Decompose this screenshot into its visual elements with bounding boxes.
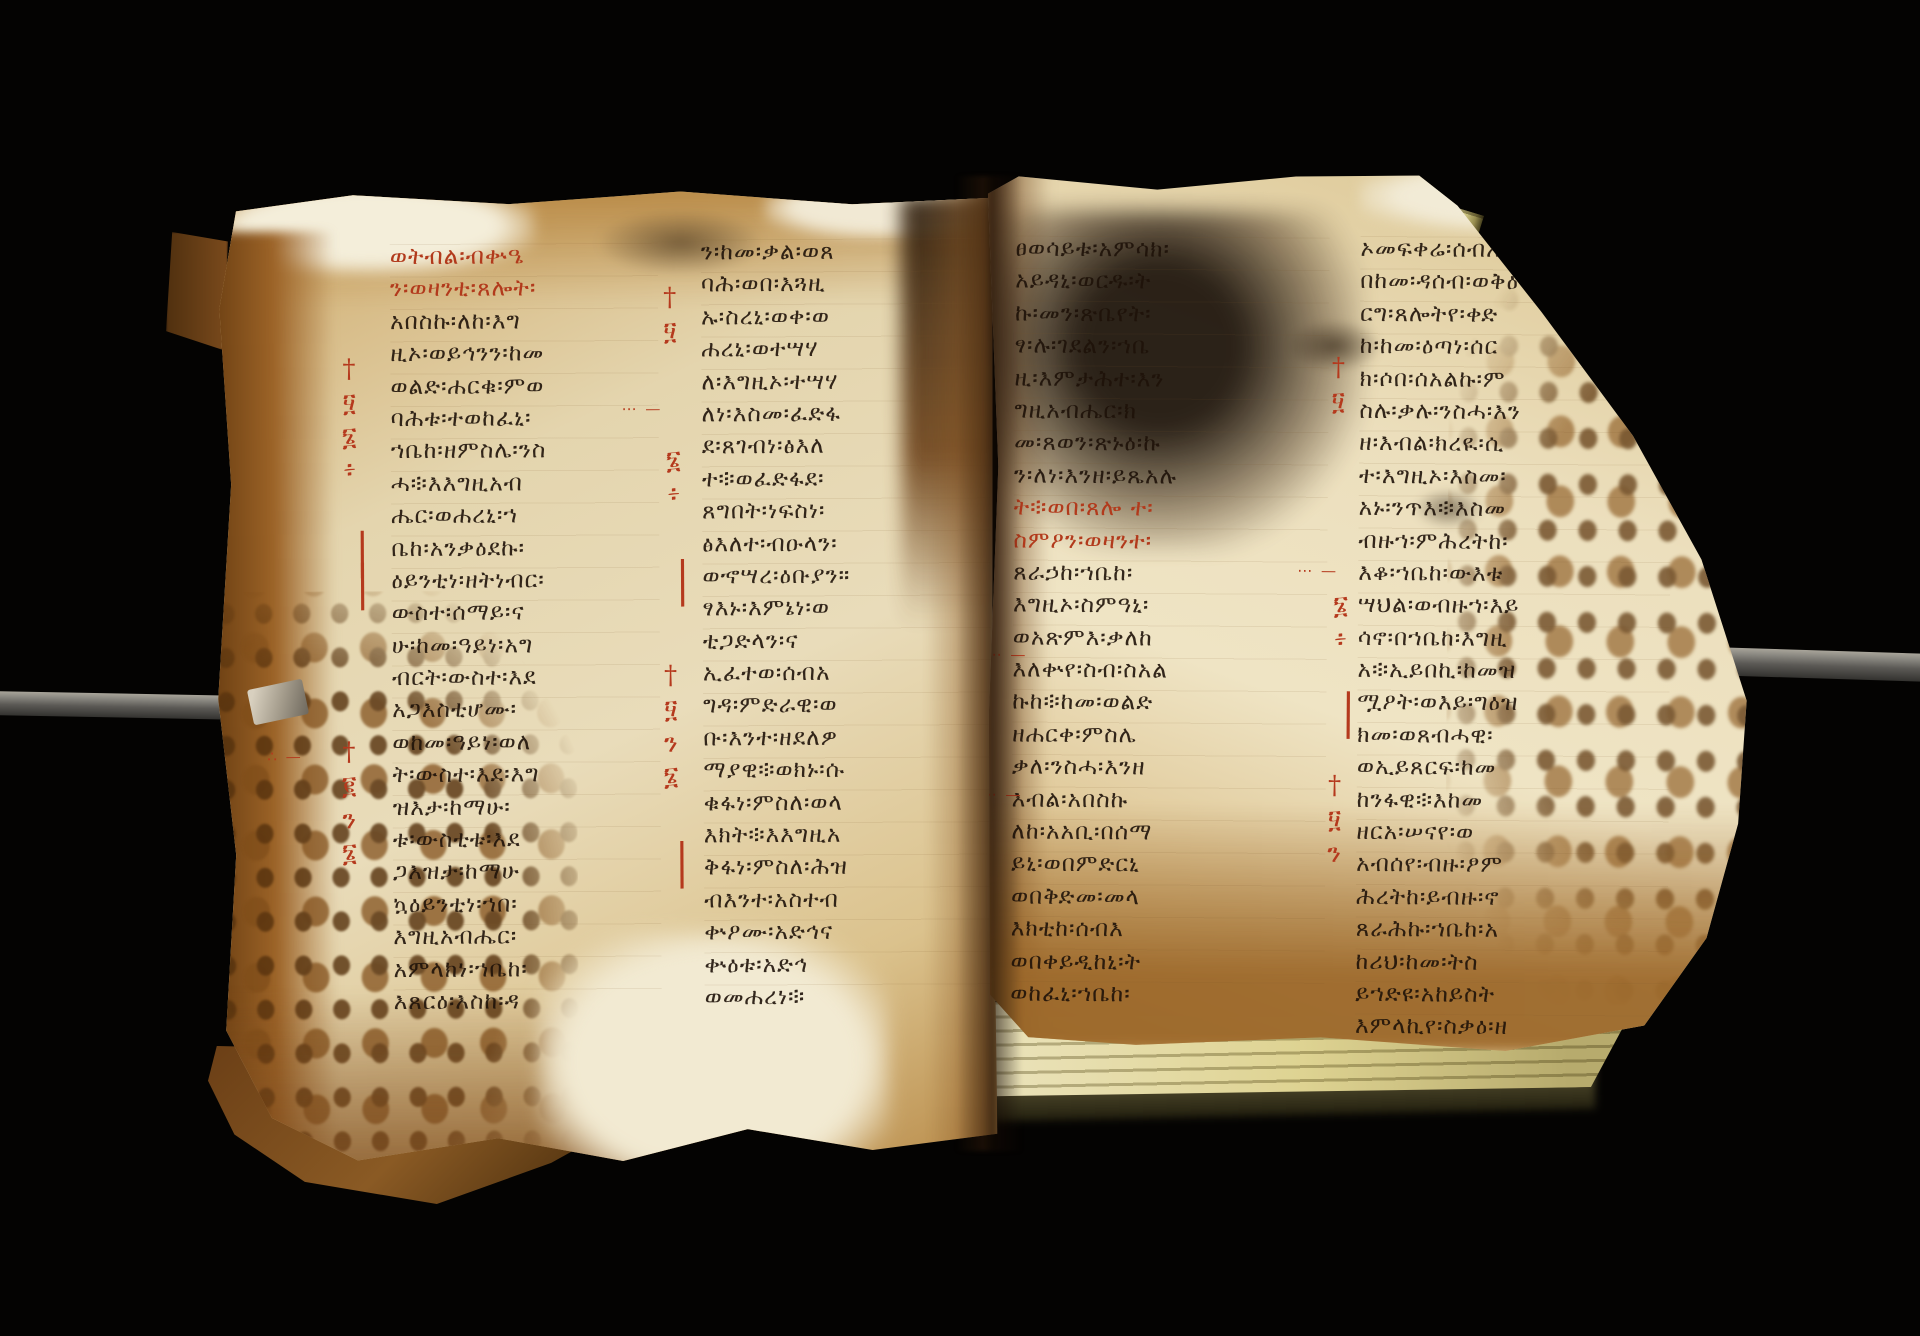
- text-line: ኩ፡መን፡ጽቤየት፡: [1015, 300, 1329, 335]
- text-line: ብርት፡ውስተ፡እደ: [392, 664, 660, 698]
- text-line: ወበቅድመ፡መላ: [1011, 883, 1325, 918]
- text-line: ፃ፡ሉ፡ገደልን፡ኀቤ: [1015, 333, 1329, 368]
- text-line: እብል፡አበስኩ: [1012, 786, 1326, 821]
- text-line: ከ፡ከመ፡ዕጣነ፡ሰር: [1360, 333, 1672, 368]
- text-line: ኢፈተወ፡ሰብአ: [703, 659, 991, 693]
- marginal-ornament: │: [1336, 700, 1360, 732]
- text-line: ቍዕቱ፡አድኅ: [704, 951, 992, 985]
- stain: [1360, 160, 1700, 234]
- marginal-ornament: † ፶ ን ፮: [663, 660, 679, 795]
- text-line: ወኢይጸርፍ፡ከመ: [1357, 754, 1669, 789]
- text-line: ሣህል፡ወብዙኀ፡እይ: [1358, 592, 1670, 627]
- text-line: ወአጽምእ፡ቃለከ: [1013, 624, 1327, 659]
- marginal-ornament: † ፶: [663, 282, 677, 350]
- torn-parchment-fragment: [166, 232, 228, 350]
- text-line: ት፨ወበ፡ጸሎ ተ፡: [1014, 495, 1328, 530]
- text-line: ቲጋድላን፡ና: [703, 627, 991, 661]
- text-line: ዘሐርቀ፡ምስሌ: [1012, 721, 1326, 756]
- text-line: ወመሐረነ፨: [705, 983, 993, 1017]
- marginal-ornament: ⋯ —: [1297, 561, 1338, 581]
- text-line: ተ፨ወፈድፋደ፡: [702, 465, 990, 499]
- text-line: ኀቤከ፡ዘምስሌ፡ንስ: [391, 437, 659, 471]
- text-line: አበስኩ፡ለከ፡እግ: [390, 307, 658, 341]
- text-line: ቤከ፡አንቃዕደኩ፡: [391, 534, 659, 568]
- text-line: አይዳኒ፡ወርዱ፡ት: [1015, 268, 1329, 303]
- text-line: ወትብል፡ብቍዔ: [390, 243, 658, 277]
- text-line: ርግ፡ጸሎትየ፡ቀድ: [1360, 301, 1672, 336]
- marginal-ornament: † ፪ ን ፮: [341, 736, 357, 871]
- text-line: ሟዖት፡ወእይ፡ግዕዝ: [1357, 689, 1669, 724]
- text-line: እቆ፡ኀቤከ፡ውእቱ: [1358, 560, 1670, 595]
- text-line: ሐረኒ፡ወተሣሃ: [701, 335, 989, 369]
- text-line: ለ፡እግዚኦ፡ተሣሃ: [701, 368, 989, 402]
- text-line: ፃእኑ፡እምኔነ፡ወ: [703, 594, 991, 628]
- text-line: ውስተ፡ሰማይ፡ና: [392, 599, 660, 633]
- text-line: ቱ፡ውስቲቱ፡እደ: [393, 826, 661, 860]
- text-line: ዕይንቲነ፡ዘትነብር፡: [391, 567, 659, 601]
- text-line: ከሪህ፡ከመ፡ትስ: [1355, 949, 1667, 984]
- text-line: አጋእስቲሆሙ፡: [392, 696, 660, 730]
- marginal-ornament: │: [670, 850, 694, 882]
- text-line: ኡ፡ስረኒ፡ወቀ፡ወ: [701, 303, 989, 337]
- text-line: ኩከ፨ከመ፡ወልድ: [1012, 689, 1326, 724]
- text-line: ዘርአ፡ሠናየ፡ወ: [1356, 819, 1668, 854]
- text-line: ወከፈኒ፡ኀቤከ፡: [1010, 980, 1324, 1015]
- text-line: ሁ፡ከመ፡ዓይነ፡አግ: [392, 631, 660, 665]
- text-line: ግዚአብሔር፡ክ: [1014, 397, 1328, 432]
- text-line: ን፡ለነ፡እንዘ፡ይጼአሉ: [1014, 462, 1328, 497]
- text-line: ሔር፡ወሐረኒ፡ኀ: [391, 502, 659, 536]
- text-line: ብዙኀ፡ምሕረትከ፡: [1358, 527, 1670, 562]
- text-line: አብሰየ፡ብዙ፡ፆም: [1356, 851, 1668, 886]
- text-line: እጸርዕ፡እስከ፡ዳ: [394, 988, 662, 1022]
- text-line: ስሉ፡ቃሉ፡ንስሓ፡እን: [1359, 398, 1671, 433]
- text-line: ጋእዝታ፡ከማሁ: [393, 858, 661, 892]
- marginal-ornament: ∴ —: [267, 748, 302, 768]
- text-line: እግዚአብሔር፡: [393, 923, 661, 957]
- text-line: ፅእለተ፡ብዑላን፡: [702, 529, 990, 563]
- text-line: ወበቀይዲከኒ፡ት: [1010, 948, 1324, 983]
- text-line: ባሕ፡ወበ፡እጓዚ: [701, 270, 989, 304]
- text-line: ይኀድዩ፡አከይስት: [1355, 981, 1667, 1016]
- text-line: መ፡ጸወን፡ጽኑዕ፡ኩ: [1014, 430, 1328, 465]
- text-line: ወከመ፡ዓይነ፡ወለ: [392, 729, 660, 763]
- text-line: በከመ፡ዳሰብ፡ወቅዕ: [1360, 268, 1672, 303]
- text-line: ን፡ከመ፡ቃል፡ወጸ: [701, 238, 989, 272]
- text-line: ቡ፡እንተ፡ዘደለዎ: [703, 724, 991, 758]
- marginal-ornament: ⋯ —: [622, 400, 663, 420]
- text-column-right-2: ኦመፍቀሬ፡ሰብእበከመ፡ዳሰብ፡ወቅዕርግ፡ጸሎትየ፡ቀድከ፡ከመ፡ዕጣነ፡ሰ…: [1355, 236, 1673, 1048]
- manuscript-page-right: ፀወሳይቱ፡አምሳክ፡አይዳኒ፡ወርዱ፡ትኩ፡መን፡ጽቤየት፡ፃ፡ሉ፡ገደልን፡…: [982, 167, 1758, 1052]
- text-line: ቃለ፡ንስሓ፡እንዘ: [1012, 754, 1326, 789]
- text-line: ቅፋነ፡ምስለ፡ሕዝ: [704, 853, 992, 887]
- text-line: ቁፋነ፡ምስለ፡ወላ: [704, 789, 992, 823]
- text-line: ጸራሕኩ፡ኀቤከ፡አ: [1356, 916, 1668, 951]
- text-line: ዝእታ፡ከማሁ፡: [393, 793, 661, 827]
- text-line: ዘ፡እብል፡ክረዪ፡ሲ: [1359, 430, 1671, 465]
- manuscript-photo-scene: ወትብል፡ብቍዔን፡ወዛንቲ፡ጸሎት፡አበስኩ፡ለከ፡እግዚኦ፡ወይኅንን፡ከመ…: [0, 0, 1920, 1336]
- marginal-ornament: † ፶ ፮ ፥: [341, 353, 357, 488]
- text-line: ለከ፡አአቢ፡በሰማ: [1011, 819, 1325, 854]
- text-column-left-1: ወትብል፡ብቍዔን፡ወዛንቲ፡ጸሎት፡አበስኩ፡ለከ፡እግዚኦ፡ወይኅንን፡ከመ…: [390, 243, 662, 1022]
- text-line: ግዳ፡ምድራዊ፡ወ: [703, 691, 991, 725]
- text-line: እክት፨እእግዚአ: [704, 821, 992, 855]
- text-line: ዚኦ፡ወይኅንን፡ከመ: [390, 340, 658, 374]
- text-line: እግዚኦ፡ስምዓኒ፡: [1013, 592, 1327, 627]
- text-line: ጸግበት፡ነፍስነ፡: [702, 497, 990, 531]
- text-line: ከንፋዊ፨እከመ: [1357, 787, 1669, 822]
- text-line: ደ፡ጸገብነ፡ፅእለ: [702, 432, 990, 466]
- text-line: ባሕቱ፡ተወከፈኒ፡: [391, 405, 659, 439]
- text-line: እክቲከ፡ሰብእ: [1011, 916, 1325, 951]
- text-line: ክ፡ሶበ፡ሰአልኩ፡ም: [1359, 365, 1671, 400]
- text-column-left-2: ን፡ከመ፡ቃል፡ወጸባሕ፡ወበ፡እጓዚኡ፡ስረኒ፡ወቀ፡ወሐረኒ፡ወተሣሃለ፡እ…: [701, 238, 993, 1017]
- marginal-ornament: │ │: [350, 539, 374, 603]
- text-line: ጸራኃከ፡ኀቤከ፡: [1013, 559, 1327, 594]
- text-line: ይኒ፡ወበምድርኒ: [1011, 851, 1325, 886]
- text-line: ኳዕይንቲነ፡ኀበ፡: [393, 891, 661, 925]
- text-line: ሓ፨እእግዚአብ: [391, 469, 659, 503]
- text-line: ወልድ፡ሐርቁ፡ምወ: [390, 372, 658, 406]
- text-line: አ፨ኢይበኪ፡ከመዝ: [1357, 657, 1669, 692]
- text-line: አምላክነ፡ኀቤከ፡: [393, 955, 661, 989]
- text-line: ሳኖ፡በኀቤከ፡እግዚ: [1358, 625, 1670, 660]
- marginal-ornament: † ፶ ን: [1327, 770, 1341, 871]
- text-line: ክመ፡ወጸብሓዊ፡: [1357, 722, 1669, 757]
- text-column-right-1: ፀወሳይቱ፡አምሳክ፡አይዳኒ፡ወርዱ፡ትኩ፡መን፡ጽቤየት፡ፃ፡ሉ፡ገደልን፡…: [1010, 236, 1329, 1016]
- text-line: ቍዖሙ፡አድኅና: [704, 918, 992, 952]
- text-line: ፀወሳይቱ፡አምሳክ፡: [1015, 236, 1329, 271]
- gutter-shadow: [956, 176, 1022, 1151]
- text-line: ሕረትከ፡ይብዙ፡ኖ: [1356, 884, 1668, 919]
- marginal-ornament: ፮ ፥: [666, 445, 682, 513]
- marginal-ornament: † ፶: [1331, 352, 1345, 420]
- text-line: ለነ፡እስመ፡ፈድፋ: [702, 400, 990, 434]
- text-line: ስምዖን፡ወዛንተ፡: [1013, 527, 1327, 562]
- text-line: ማያዊ፨ወክኑ፡ሱ: [703, 756, 991, 790]
- marginal-ornament: ፮ ፥: [1333, 590, 1349, 658]
- text-line: ብእንተ፡አስተብ: [704, 886, 992, 920]
- text-line: ት፡ውስተ፡እደ፡እግ: [392, 761, 660, 795]
- text-line: ተ፡እግዚኦ፡እስመ፡: [1359, 463, 1671, 498]
- text-line: ወኆሣረ፡ዕቡያን።: [702, 562, 990, 596]
- text-line: እለቍየ፡ስብ፡ስአል: [1012, 657, 1326, 692]
- text-line: ዚ፡እምታሕተ፡እን: [1014, 365, 1328, 400]
- text-line: ን፡ወዛንቲ፡ጸሎት፡: [390, 275, 658, 309]
- text-line: ኦመፍቀሬ፡ሰብእ: [1360, 236, 1672, 271]
- marginal-ornament: │: [670, 568, 694, 600]
- manuscript-page-left: ወትብል፡ብቍዔን፡ወዛንቲ፡ጸሎት፡አበስኩ፡ለከ፡እግዚኦ፡ወይኅንን፡ከመ…: [212, 188, 997, 1167]
- text-line: አኑ፡ንጥእ፨እስመ: [1359, 495, 1671, 530]
